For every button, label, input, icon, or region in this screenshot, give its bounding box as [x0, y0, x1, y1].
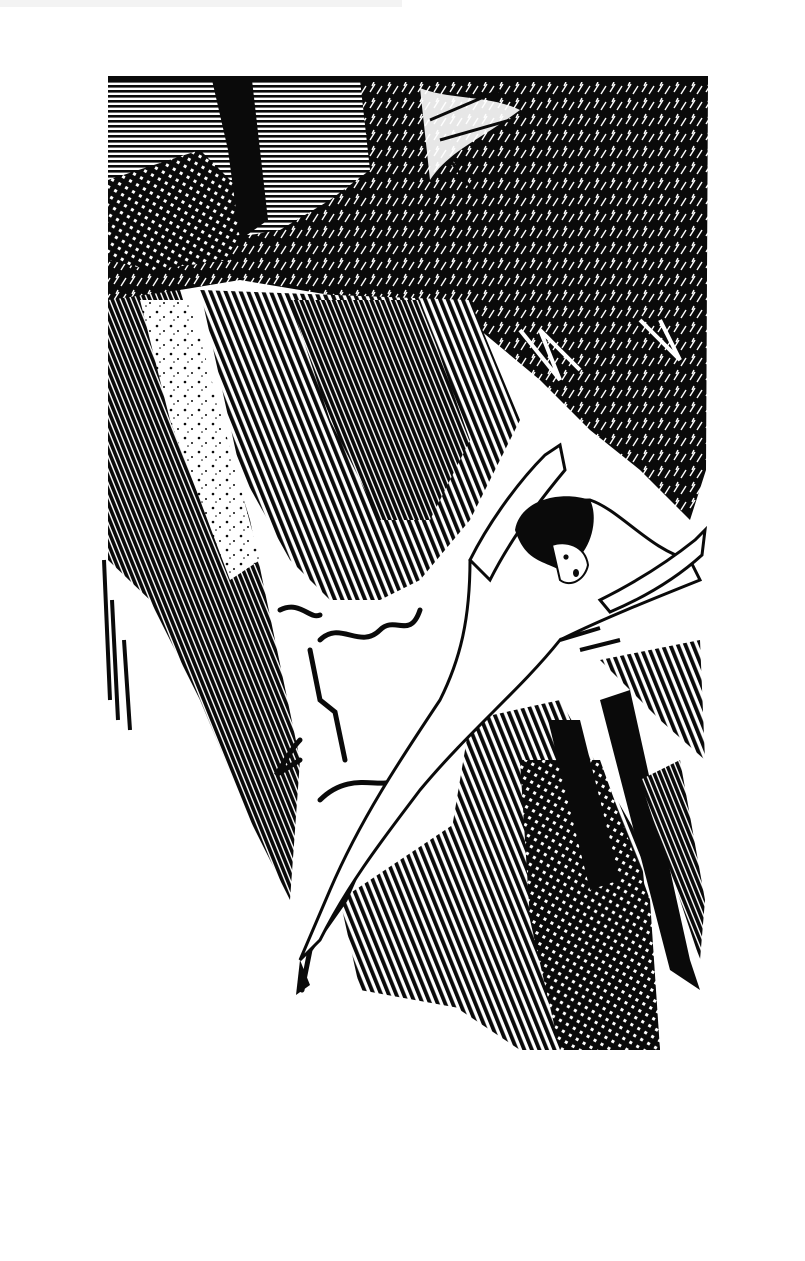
foreground-undergrowth	[340, 640, 705, 1050]
illustration-page	[0, 0, 805, 1261]
jungle-chase-illustration	[0, 0, 805, 1261]
ink-border-top	[108, 76, 708, 82]
